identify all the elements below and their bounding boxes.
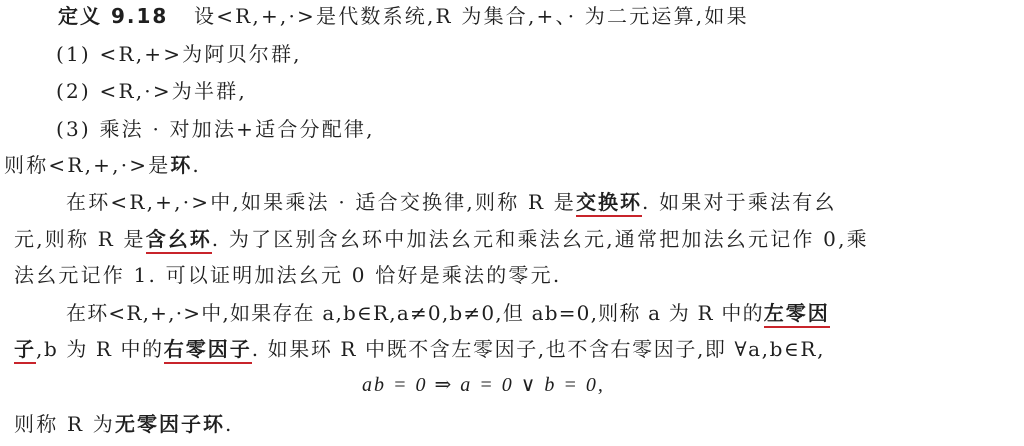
para2-line2: 子,b 为 R 中的右零因子. 如果环 R 中既不含左零因子,也不含右零因子,即… [14,336,825,362]
definition-heading-line: 定义 9.18 设<R,+,·>是代数系统,R 为集合,+、· 为二元运算,如果 [58,3,749,29]
text: 元,则称 R 是 [14,227,146,251]
period: . [225,412,234,436]
definition-intro: 设<R,+,·>是代数系统,R 为集合,+、· 为二元运算,如果 [194,4,749,28]
term-zero-divisor-free-ring: 无零因子环 [115,412,225,436]
term-ring: 环 [170,153,192,177]
formula-text: ab = 0 ⇒ a = 0 ∨ b = 0, [362,374,605,396]
condition-text: (2) <R,·>为半群, [56,79,247,103]
text: . 如果对于乘法有幺 [642,190,837,214]
condition-3: (3) 乘法 · 对加法+适合分配律, [56,116,375,142]
definition-label: 定义 9.18 [58,4,168,28]
term-left-zero-divisor: 左零因 [764,301,830,328]
condition-1: (1) <R,+>为阿贝尔群, [56,41,302,67]
text: 在环<R,+,·>中,如果存在 a,b∈R,a≠0,b≠0,但 ab=0,则称 … [66,301,764,325]
text: 则称 R 为 [14,412,115,436]
para1-line1: 在环<R,+,·>中,如果乘法 · 适合交换律,则称 R 是交换环. 如果对于乘… [66,189,837,215]
text: 法幺元记作 1. 可以证明加法幺元 0 恰好是乘法的零元. [14,263,561,287]
term-ring-with-identity: 含幺环 [146,227,212,254]
condition-text: (1) <R,+>为阿贝尔群, [56,42,302,66]
definition-conclusion: 则称<R,+,·>是环. [4,152,201,178]
term-left-zero-divisor-tail: 子 [14,337,36,364]
para2-line4: 则称 R 为无零因子环. [14,411,234,437]
term-right-zero-divisor: 右零因子 [164,337,252,364]
formula: ab = 0 ⇒ a = 0 ∨ b = 0, [362,372,605,398]
text: . 如果环 R 中既不含左零因子,也不含右零因子,即 ∀a,b∈R, [252,337,825,361]
para1-line2: 元,则称 R 是含幺环. 为了区别含幺环中加法幺元和乘法幺元,通常把加法幺元记作… [14,226,869,252]
text: 在环<R,+,·>中,如果乘法 · 适合交换律,则称 R 是 [66,190,576,214]
text: . 为了区别含幺环中加法幺元和乘法幺元,通常把加法幺元记作 0,乘 [212,227,869,251]
text: ,b 为 R 中的 [36,337,164,361]
condition-text: (3) 乘法 · 对加法+适合分配律, [56,117,375,141]
conclusion-prefix: 则称<R,+,·>是 [4,153,170,177]
term-commutative-ring: 交换环 [576,190,642,217]
para1-line3: 法幺元记作 1. 可以证明加法幺元 0 恰好是乘法的零元. [14,262,561,288]
period: . [192,153,201,177]
condition-2: (2) <R,·>为半群, [56,78,247,104]
para2-line1: 在环<R,+,·>中,如果存在 a,b∈R,a≠0,b≠0,但 ab=0,则称 … [66,300,830,326]
